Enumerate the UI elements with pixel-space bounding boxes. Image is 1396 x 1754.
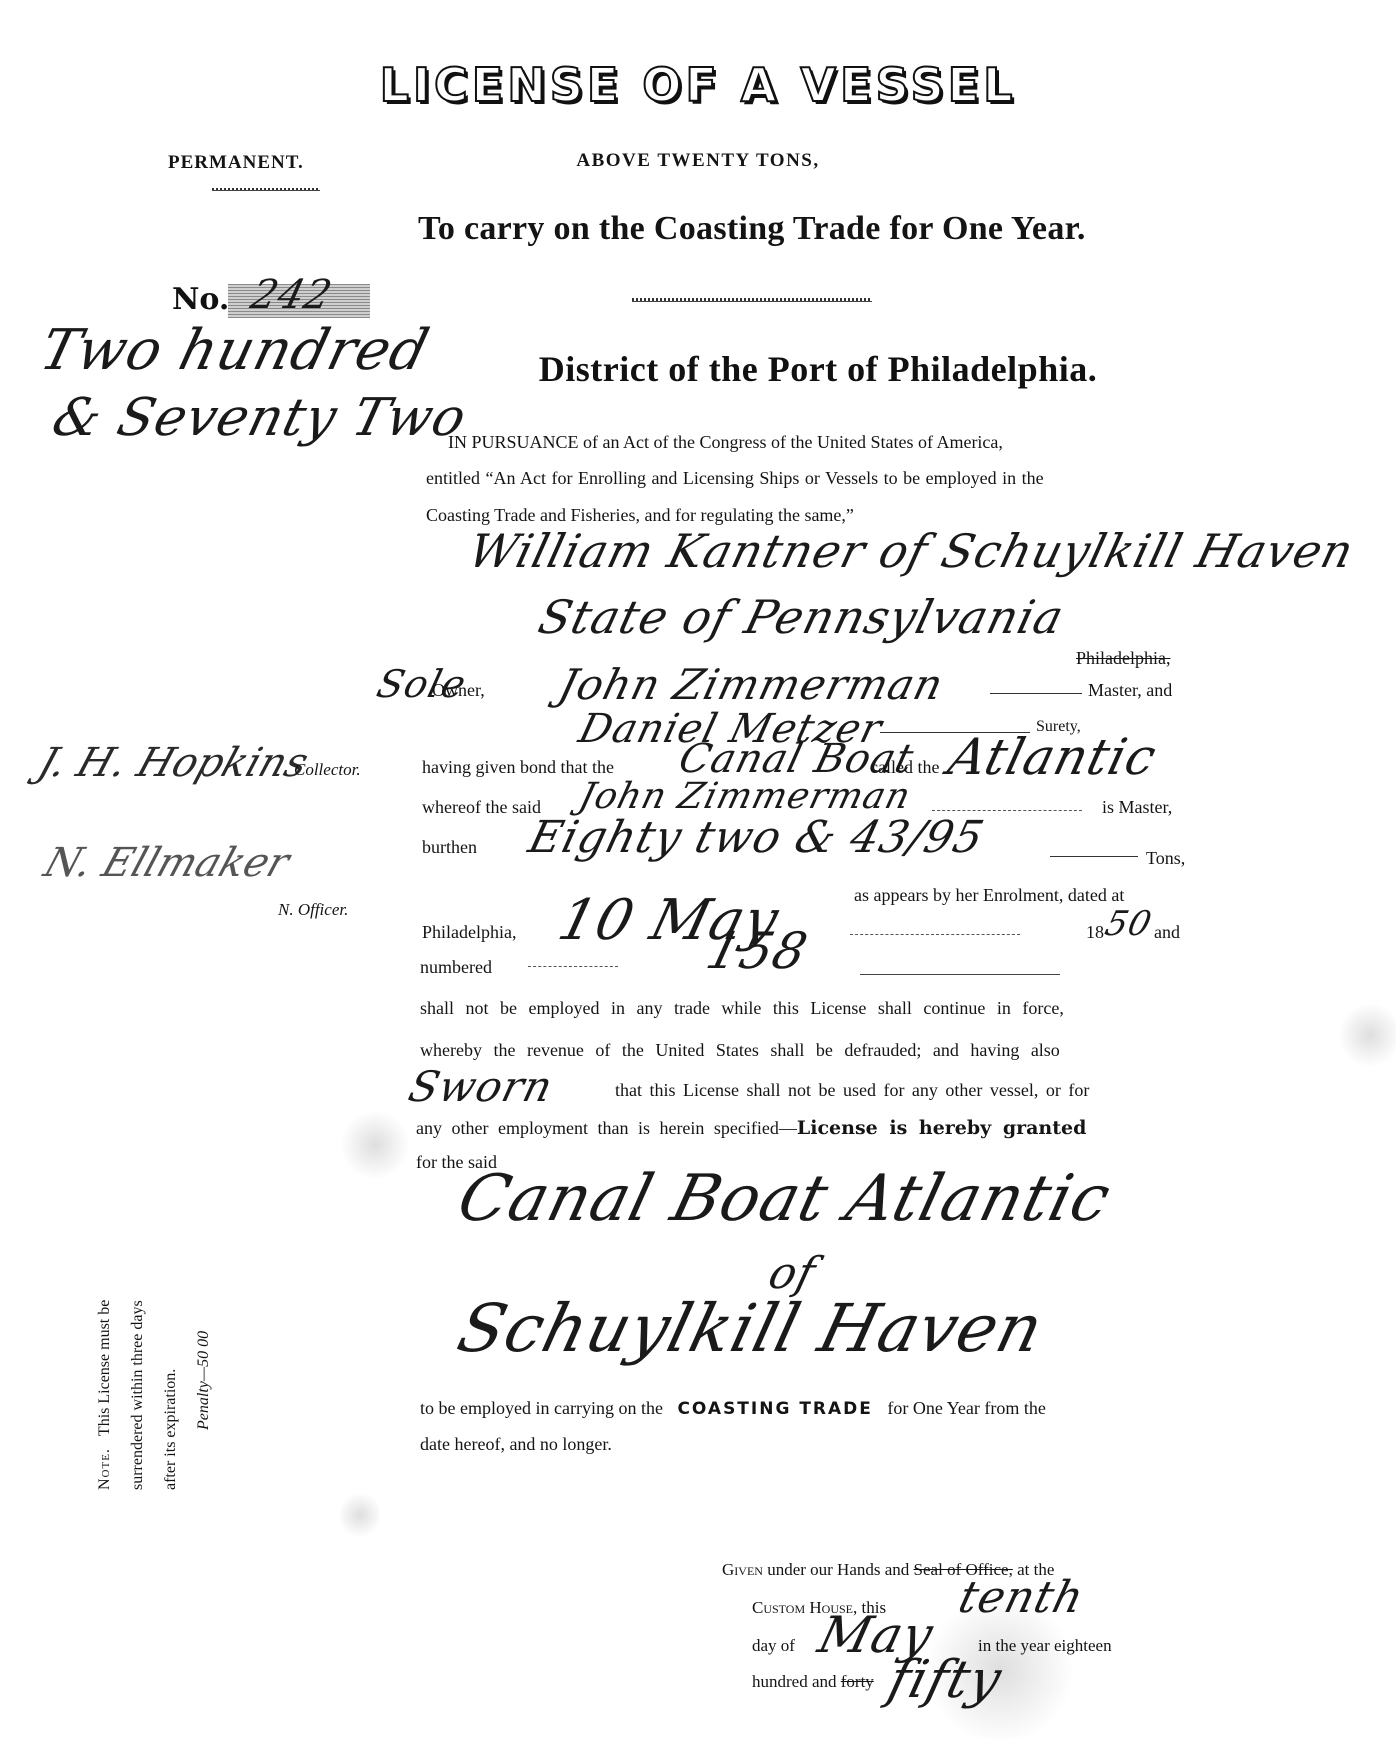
burthen-value: Eighty two & 43/95 xyxy=(524,812,990,863)
clause-line-1: shall not be employed in any trade while… xyxy=(420,998,1064,1019)
number-label: No. xyxy=(172,282,229,317)
note-line-1: Note. This License must be xyxy=(88,1150,121,1490)
burthen-label: burthen xyxy=(422,837,477,858)
collector-label: Collector. xyxy=(294,760,361,780)
paper-smudge xyxy=(340,1490,380,1540)
purpose-heading: To carry on the Coasting Trade for One Y… xyxy=(418,210,1086,248)
given-text: under our Hands and xyxy=(767,1560,909,1579)
enrolment-number: 158 xyxy=(701,922,814,980)
rule xyxy=(932,810,1082,811)
hundred-and-label: hundred and xyxy=(752,1672,837,1691)
vessel-name: Atlantic xyxy=(943,728,1163,786)
paper-smudge xyxy=(340,1110,410,1180)
master-name-2: John Zimmerman xyxy=(575,776,915,817)
preamble-line-3: Coasting Trade and Fisheries, and for re… xyxy=(426,505,854,526)
rule xyxy=(1050,856,1138,857)
note-label: Note. xyxy=(96,1448,113,1490)
printed-place-struck: Philadelphia, xyxy=(1076,648,1170,669)
penalty: Penalty—50 00 xyxy=(187,1150,220,1490)
enrolment-year: 50 xyxy=(1101,904,1156,944)
is-master-label: is Master, xyxy=(1102,797,1172,818)
given-line-4: hundred and forty xyxy=(752,1672,874,1692)
divider-wavy xyxy=(212,188,320,191)
district-heading: District of the Port of Philadelphia. xyxy=(0,348,1396,390)
employ-line-2: date hereof, and no longer. xyxy=(420,1434,612,1455)
whereof-label: whereof the said xyxy=(422,797,541,818)
clause-line-3: that this License shall not be used for … xyxy=(615,1080,1089,1101)
granted-place: Schuylkill Haven xyxy=(450,1290,1051,1367)
rule xyxy=(990,693,1082,694)
document-title: LICENSE OF A VESSEL xyxy=(0,58,1396,112)
given-line-3a: day of xyxy=(752,1636,795,1656)
preamble-line-1: IN PURSUANCE of an Act of the Congress o… xyxy=(448,432,1003,453)
granted-vessel: Canal Boat Atlantic xyxy=(451,1162,1118,1236)
surrender-note: Note. This License must be surrendered w… xyxy=(88,1150,220,1490)
preamble-line-2: entitled “An Act for Enrolling and Licen… xyxy=(426,468,1044,489)
tons-label: Tons, xyxy=(1146,848,1185,869)
naval-officer-signature: N. Ellmaker xyxy=(39,840,295,886)
clause-line-4: any other employment than is herein spec… xyxy=(416,1117,1086,1139)
grant-phrase: License is hereby granted xyxy=(797,1117,1087,1139)
employ-text-b: for One Year from the xyxy=(887,1398,1045,1418)
coasting-trade: COASTING TRADE xyxy=(677,1399,872,1419)
rule xyxy=(528,966,618,967)
master-label: Master, and xyxy=(1088,680,1172,701)
called-label: called the xyxy=(870,757,939,778)
and-label: and xyxy=(1154,922,1180,943)
naval-officer-label: N. Officer. xyxy=(278,900,348,920)
paper-smudge xyxy=(1340,1000,1396,1070)
margin-tonnage-line2: & Seventy Two xyxy=(47,388,473,448)
employ-line-1: to be employed in carrying on the COASTI… xyxy=(420,1398,1046,1419)
given-label: Given xyxy=(722,1560,763,1579)
license-number: 242 xyxy=(246,272,337,318)
numbered-label: numbered xyxy=(420,957,492,978)
employ-text-a: to be employed in carrying on the xyxy=(420,1398,663,1418)
note-line-3: after its expiration. xyxy=(154,1150,187,1490)
owner-state: State of Pennsylvania xyxy=(533,590,1069,644)
collector-signature: J. H. Hopkins xyxy=(33,740,315,786)
paper-smudge xyxy=(920,1600,1080,1740)
master-name: John Zimmerman xyxy=(554,660,949,709)
enrolment-label: as appears by her Enrolment, dated at xyxy=(854,885,1124,906)
divider-wavy xyxy=(632,298,872,302)
owner-label: Owner, xyxy=(432,680,485,701)
clause-text: any other employment than is herein spec… xyxy=(416,1118,797,1138)
note-text: This License must be xyxy=(96,1300,113,1436)
struck-forty: forty xyxy=(841,1672,874,1691)
owner-name: William Kantner of Schuylkill Haven xyxy=(463,524,1359,578)
clause-line-2: whereby the revenue of the United States… xyxy=(420,1040,1060,1061)
subtitle: ABOVE TWENTY TONS, xyxy=(0,150,1396,172)
place-label: Philadelphia, xyxy=(422,922,516,943)
rule xyxy=(860,974,1060,975)
bond-label: having given bond that the xyxy=(422,757,614,778)
note-line-2: surrendered within three days xyxy=(121,1150,154,1490)
sworn-handwritten: Sworn xyxy=(404,1062,558,1111)
rule xyxy=(850,934,1020,935)
